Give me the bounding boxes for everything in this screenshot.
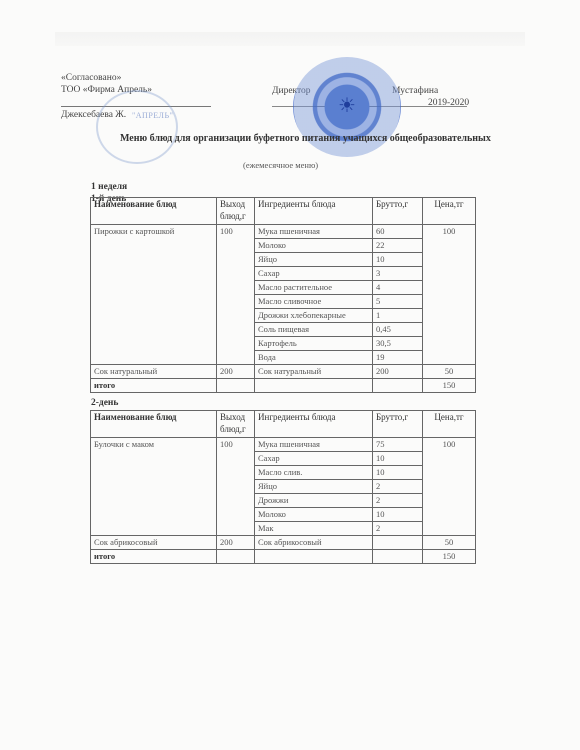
header-gross: Брутто,г — [373, 198, 423, 225]
document-title: Меню блюд для организации буфетного пита… — [120, 133, 491, 144]
ingredient-name: Соль пищевая — [255, 323, 373, 337]
total-empty-yield — [217, 550, 255, 564]
table-row: Булочки с маком100Мука пшеничная75100 — [91, 438, 476, 452]
ingredient-name: Вода — [255, 351, 373, 365]
ingredient-name: Яйцо — [255, 253, 373, 267]
header-ingredients: Ингредиенты блюда — [255, 411, 373, 438]
table-row: Сок абрикосовый200Сок абрикосовый50 — [91, 536, 476, 550]
approval-agreed: «Согласовано» — [61, 72, 211, 84]
ingredient-name: Сок натуральный — [255, 365, 373, 379]
ingredient-gross: 2 — [373, 522, 423, 536]
ingredient-name: Масло растительное — [255, 281, 373, 295]
week-label: 1 неделя — [91, 182, 127, 192]
company-stamp-text: "АПРЕЛЬ" — [132, 111, 173, 120]
ingredient-gross: 60 — [373, 225, 423, 239]
total-empty-gross — [373, 550, 423, 564]
document-page: «Согласовано» ТОО «Фирма Апрель» Джексеб… — [0, 0, 580, 750]
ingredient-gross: 2 — [373, 480, 423, 494]
table-row: Сок натуральный200Сок натуральный20050 — [91, 365, 476, 379]
dish-name: Пирожки с картошкой — [91, 225, 217, 365]
ingredient-gross: 4 — [373, 281, 423, 295]
table-header-row: Наименование блюдВыход блюд,гИнгредиенты… — [91, 411, 476, 438]
ingredient-gross: 3 — [373, 267, 423, 281]
dish-price: 100 — [423, 225, 476, 365]
ingredient-gross — [373, 536, 423, 550]
ingredient-name: Сок абрикосовый — [255, 536, 373, 550]
ingredient-name: Сахар — [255, 267, 373, 281]
total-empty-ingredient — [255, 550, 373, 564]
ingredient-gross: 1 — [373, 309, 423, 323]
ingredient-name: Молоко — [255, 508, 373, 522]
ingredient-name: Картофель — [255, 337, 373, 351]
header-gross: Брутто,г — [373, 411, 423, 438]
ingredient-gross: 10 — [373, 253, 423, 267]
dish-name: Булочки с маком — [91, 438, 217, 536]
header-dish: Наименование блюд — [91, 411, 217, 438]
total-empty-ingredient — [255, 379, 373, 393]
ingredient-gross: 10 — [373, 452, 423, 466]
total-empty-yield — [217, 379, 255, 393]
ingredient-gross: 30,5 — [373, 337, 423, 351]
ingredient-gross: 19 — [373, 351, 423, 365]
ingredient-name: Дрожжи — [255, 494, 373, 508]
total-empty-gross — [373, 379, 423, 393]
header-ingredients: Ингредиенты блюда — [255, 198, 373, 225]
dish-price: 100 — [423, 438, 476, 536]
dish-yield: 200 — [217, 365, 255, 379]
total-price: 150 — [423, 550, 476, 564]
ingredient-name: Мука пшеничная — [255, 225, 373, 239]
dish-yield: 200 — [217, 536, 255, 550]
ingredient-name: Дрожжи хлебопекарные — [255, 309, 373, 323]
seal-emblem-icon: ☀ — [335, 92, 359, 120]
header-price: Цена,тг — [423, 198, 476, 225]
ingredient-gross: 5 — [373, 295, 423, 309]
ingredient-name: Сахар — [255, 452, 373, 466]
menu-table-day-2: Наименование блюдВыход блюд,гИнгредиенты… — [90, 410, 476, 564]
ingredient-gross: 10 — [373, 508, 423, 522]
menu-table-day-1: Наименование блюдВыход блюд,гИнгредиенты… — [90, 197, 476, 393]
ingredient-name: Мак — [255, 522, 373, 536]
document-subtitle: (ежемесячное меню) — [243, 160, 318, 170]
ingredient-name: Мука пшеничная — [255, 438, 373, 452]
ingredient-name: Яйцо — [255, 480, 373, 494]
dish-price: 50 — [423, 365, 476, 379]
ingredient-gross: 0,45 — [373, 323, 423, 337]
ingredient-name: Масло сливочное — [255, 295, 373, 309]
day-2-label: 2-день — [91, 398, 118, 408]
ingredient-name: Масло слив. — [255, 466, 373, 480]
table-row: Пирожки с картошкой100Мука пшеничная6010… — [91, 225, 476, 239]
dish-yield: 100 — [217, 225, 255, 365]
total-label: итого — [91, 550, 217, 564]
ingredient-gross: 2 — [373, 494, 423, 508]
scan-artifact — [55, 32, 525, 46]
total-row: итого150 — [91, 379, 476, 393]
ingredient-name: Молоко — [255, 239, 373, 253]
header-yield: Выход блюд,г — [217, 411, 255, 438]
header-dish: Наименование блюд — [91, 198, 217, 225]
dish-name: Сок абрикосовый — [91, 536, 217, 550]
dish-price: 50 — [423, 536, 476, 550]
total-label: итого — [91, 379, 217, 393]
ingredient-gross: 75 — [373, 438, 423, 452]
dish-yield: 100 — [217, 438, 255, 536]
total-price: 150 — [423, 379, 476, 393]
header-price: Цена,тг — [423, 411, 476, 438]
dish-name: Сок натуральный — [91, 365, 217, 379]
ingredient-gross: 10 — [373, 466, 423, 480]
ingredient-gross: 200 — [373, 365, 423, 379]
header-yield: Выход блюд,г — [217, 198, 255, 225]
ingredient-gross: 22 — [373, 239, 423, 253]
total-row: итого150 — [91, 550, 476, 564]
table-header-row: Наименование блюдВыход блюд,гИнгредиенты… — [91, 198, 476, 225]
company-stamp — [96, 90, 178, 164]
school-year: 2019-2020 — [428, 97, 469, 109]
